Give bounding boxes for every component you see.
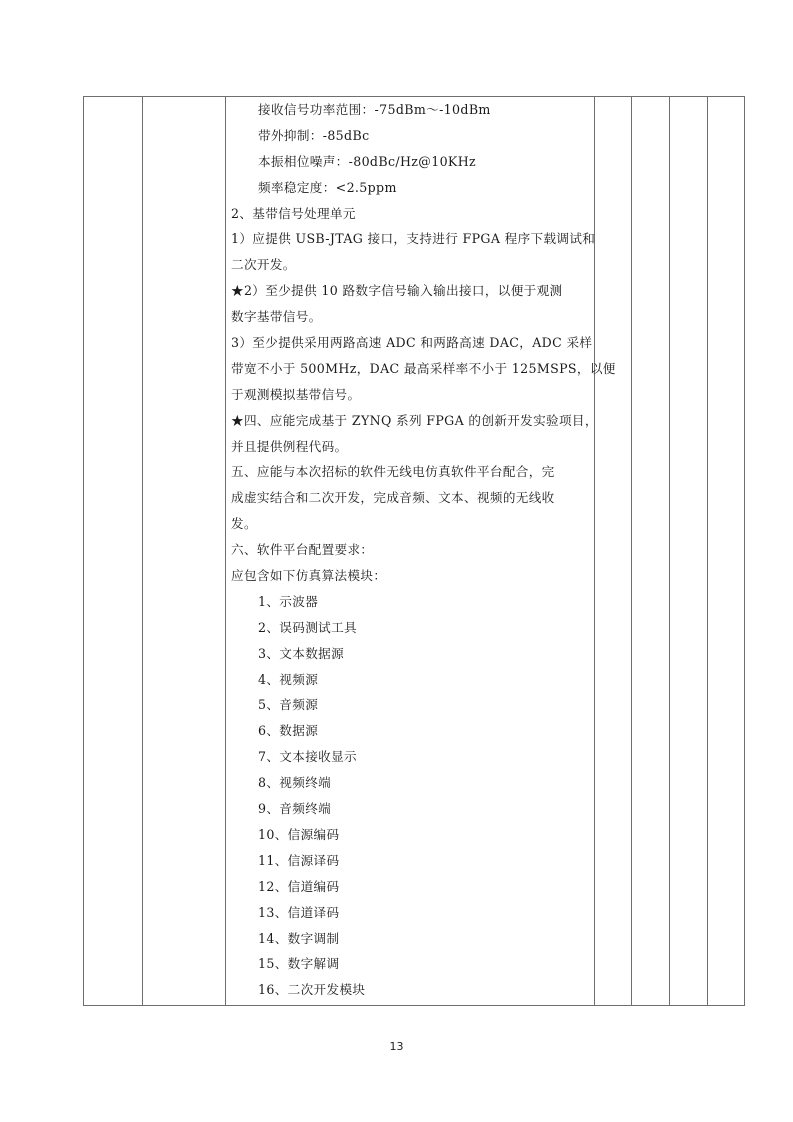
spec-line: 3）至少提供采用两路高速 ADC 和两路高速 DAC，ADC 采样	[231, 330, 593, 356]
spec-line: 接收信号功率范围：-75dBm～-10dBm	[231, 97, 593, 123]
module-item: 8、视频终端	[231, 770, 593, 796]
spec-line: 成虚实结合和二次开发，完成音频、文本、视频的无线收	[231, 485, 593, 511]
module-item: 15、数字解调	[231, 951, 593, 977]
spec-line: 二次开发。	[231, 252, 593, 278]
spec-line: 1）应提供 USB-JTAG 接口，支持进行 FPGA 程序下载调试和	[231, 226, 593, 252]
column-divider	[142, 97, 143, 1005]
module-item: 5、音频源	[231, 692, 593, 718]
module-item: 2、误码测试工具	[231, 615, 593, 641]
module-item: 1、示波器	[231, 589, 593, 615]
spec-line: 并且提供例程代码。	[231, 434, 593, 460]
module-item: 13、信道译码	[231, 900, 593, 926]
requirements-table: 接收信号功率范围：-75dBm～-10dBm 带外抑制：-85dBc 本振相位噪…	[83, 96, 745, 1006]
spec-line-starred: ★2）至少提供 10 路数字信号输入输出接口，以便于观测	[231, 278, 593, 304]
spec-line: 带外抑制：-85dBc	[231, 123, 593, 149]
module-item: 9、音频终端	[231, 796, 593, 822]
spec-line: 应包含如下仿真算法模块：	[231, 563, 593, 589]
module-item: 3、文本数据源	[231, 641, 593, 667]
module-item: 7、文本接收显示	[231, 744, 593, 770]
spec-line: 数字基带信号。	[231, 304, 593, 330]
column-divider	[631, 97, 632, 1005]
section-heading: 2、基带信号处理单元	[231, 201, 593, 227]
module-item: 10、信源编码	[231, 822, 593, 848]
spec-line: 于观测模拟基带信号。	[231, 382, 593, 408]
module-item: 6、数据源	[231, 718, 593, 744]
section-heading: 六、软件平台配置要求：	[231, 537, 593, 563]
spec-line: 五、应能与本次招标的软件无线电仿真软件平台配合，完	[231, 459, 593, 485]
requirements-cell: 接收信号功率范围：-75dBm～-10dBm 带外抑制：-85dBc 本振相位噪…	[226, 97, 595, 1003]
module-item: 16、二次开发模块	[231, 977, 593, 1003]
spec-line: 发。	[231, 511, 593, 537]
module-item: 12、信道编码	[231, 874, 593, 900]
column-divider	[669, 97, 670, 1005]
page-number: 13	[0, 1040, 793, 1053]
module-item: 4、视频源	[231, 667, 593, 693]
spec-line-starred: ★四、应能完成基于 ZYNQ 系列 FPGA 的创新开发实验项目，	[231, 408, 593, 434]
spec-line: 本振相位噪声：-80dBc/Hz@10KHz	[231, 149, 593, 175]
column-divider	[707, 97, 708, 1005]
spec-line: 频率稳定度：<2.5ppm	[231, 175, 593, 201]
module-item: 14、数字调制	[231, 926, 593, 952]
spec-line: 带宽不小于 500MHz，DAC 最高采样率不小于 125MSPS，以便	[231, 356, 593, 382]
module-item: 11、信源译码	[231, 848, 593, 874]
